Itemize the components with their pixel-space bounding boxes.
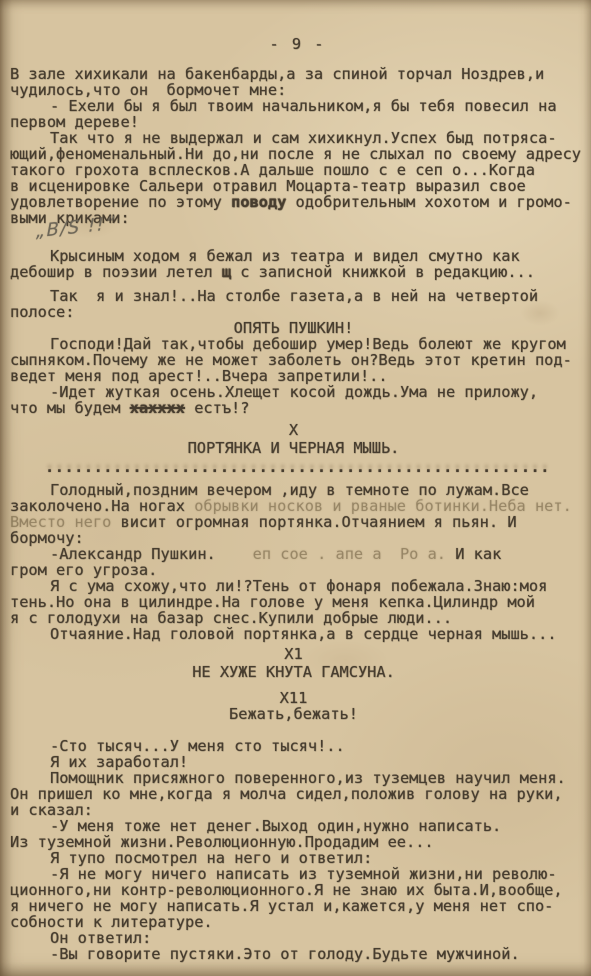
text-line: Он ответил:	[10, 930, 585, 946]
text-line: Господи!Дай так,чтобы дебошир умер!Ведь …	[10, 336, 585, 352]
text-line: и сказал:	[10, 802, 585, 818]
text-line: Вместо него висит огромная портянка.Отча…	[10, 514, 585, 530]
text-run: - 9 -	[269, 35, 325, 53]
text-line: собности к литературе.	[10, 914, 585, 930]
text-line: Голодный,поздним вечером ,иду в темноте …	[10, 482, 585, 498]
text-run: Отчаяние.Над головой портянка,а в сердце…	[50, 625, 557, 643]
text-line: бормочу:	[10, 530, 585, 546]
text-run: Так я и знал!..На столбе газета,а в ней …	[50, 287, 538, 305]
text-line: ционного,ни контр-революционного.Я не зн…	[10, 882, 585, 898]
text-run: с записной книжкой в редакцию...	[231, 263, 535, 281]
text-line: Помощник присяжного поверенного,из тузем…	[10, 770, 585, 786]
text-line: тень.Но она в цилиндре.На голове у меня …	[10, 594, 585, 610]
text-line: -Я не могу ничего написать из туземной ж…	[10, 866, 585, 882]
text-line: Я их заработал!	[10, 754, 585, 770]
text-run: полосе:	[10, 303, 74, 321]
text-line: -У меня тоже нет денег.Выход один,нужно …	[10, 818, 585, 834]
text-line: первом дереве!	[10, 114, 585, 130]
text-run: И как	[446, 545, 501, 563]
text-line: сыпняком.Почему же не может заболеть он?…	[10, 352, 585, 368]
text-line: -Сто тысяч...У меня сто тысяч!..	[10, 738, 585, 754]
text-line: -Идет жуткая осень.Хлещет косой дождь.Ум…	[10, 384, 585, 400]
section-heading: НЕ ХУЖЕ КНУТА ГАМСУНА.	[10, 664, 585, 680]
text-run: -Вы говорите пустяки.Это от голоду.Будьт…	[50, 945, 520, 963]
text-line: - Ехели бы я был твоим начальником,я бы …	[10, 98, 585, 114]
text-line: заколочено.На ногах обрывки носков и рва…	[10, 498, 585, 514]
text-line: ющий,феноменальный.Ни до,ни после я не с…	[10, 146, 585, 162]
text-run: X	[289, 421, 298, 439]
text-line: гром его угроза.	[10, 562, 585, 578]
text-line: Я тупо посмотрел на него и ответил:	[10, 850, 585, 866]
text-line: -Александр Пушкин. еп сое . апе а Ро а. …	[10, 546, 585, 562]
text-line: Крысиным ходом я бежал из театра и видел…	[10, 248, 585, 264]
text-run: ПОРТЯНКА И ЧЕРНАЯ МЫШЬ.	[188, 439, 400, 457]
text-line: В зале хихикали на бакенбарды,а за спино…	[10, 66, 585, 82]
section-heading: Бежать,бежать!	[10, 706, 585, 722]
text-run-bold: щ	[222, 263, 231, 281]
text-run: X1	[284, 645, 302, 663]
typescript-page: - 9 -В зале хихикали на бакенбарды,а за …	[0, 0, 591, 976]
text-line: Отчаяние.Над головой портянка,а в сердце…	[10, 626, 585, 642]
section-heading: ПОРТЯНКА И ЧЕРНАЯ МЫШЬ.	[10, 440, 585, 456]
text-run: НЕ ХУЖЕ КНУТА ГАМСУНА.	[192, 663, 395, 681]
text-line: -Вы говорите пустяки.Это от голоду.Будьт…	[10, 946, 585, 962]
text-line: Я с ума схожу,что ли!?Тень от фонаря поб…	[10, 578, 585, 594]
page-number: - 9 -	[10, 36, 585, 52]
dotted-rule: ........................................…	[10, 460, 585, 474]
text-run: ........................................…	[45, 460, 550, 474]
section-heading: X11	[10, 690, 585, 706]
section-heading: X	[10, 422, 585, 438]
text-line: я ничего не могу написать.Я устал и,каже…	[10, 898, 585, 914]
text-line: Из туземной жизни.Революционную.Продадим…	[10, 834, 585, 850]
text-run: естъ!?	[185, 399, 249, 417]
page-body: - 9 -В зале хихикали на бакенбарды,а за …	[0, 0, 591, 962]
text-run-strike: хахххх	[130, 399, 185, 417]
text-run: дебошир в поэзии летел	[10, 263, 222, 281]
text-line: Так я и знал!..На столбе газета,а в ней …	[10, 288, 585, 304]
text-run-faint: еп сое . апе а Ро а.	[253, 545, 446, 563]
section-heading: ОПЯТЬ ПУШКИН!	[10, 320, 585, 336]
text-line: Так что я не выдержал и сам хихикнул.Усп…	[10, 130, 585, 146]
text-line: что мы будем хахххх естъ!?	[10, 400, 585, 416]
text-run: что мы будем	[10, 399, 130, 417]
text-run: Бежать,бежать!	[229, 705, 358, 723]
text-line: ведет меня под арест!..Вчера запретили!.…	[10, 368, 585, 384]
text-line: я с голодухи на базар снес.Купили добрые…	[10, 610, 585, 626]
section-heading: X1	[10, 646, 585, 662]
text-line: полосе:	[10, 304, 585, 320]
text-line: Он пришел ко мне,когда я молча сидел,пол…	[10, 786, 585, 802]
text-run: висит огромная портянка.Отчаянием я пьян…	[121, 513, 517, 531]
text-line: дебошир в поэзии летел щ с записной книж…	[10, 264, 585, 280]
text-line: чудилось,что он бормочет мне:	[10, 82, 585, 98]
